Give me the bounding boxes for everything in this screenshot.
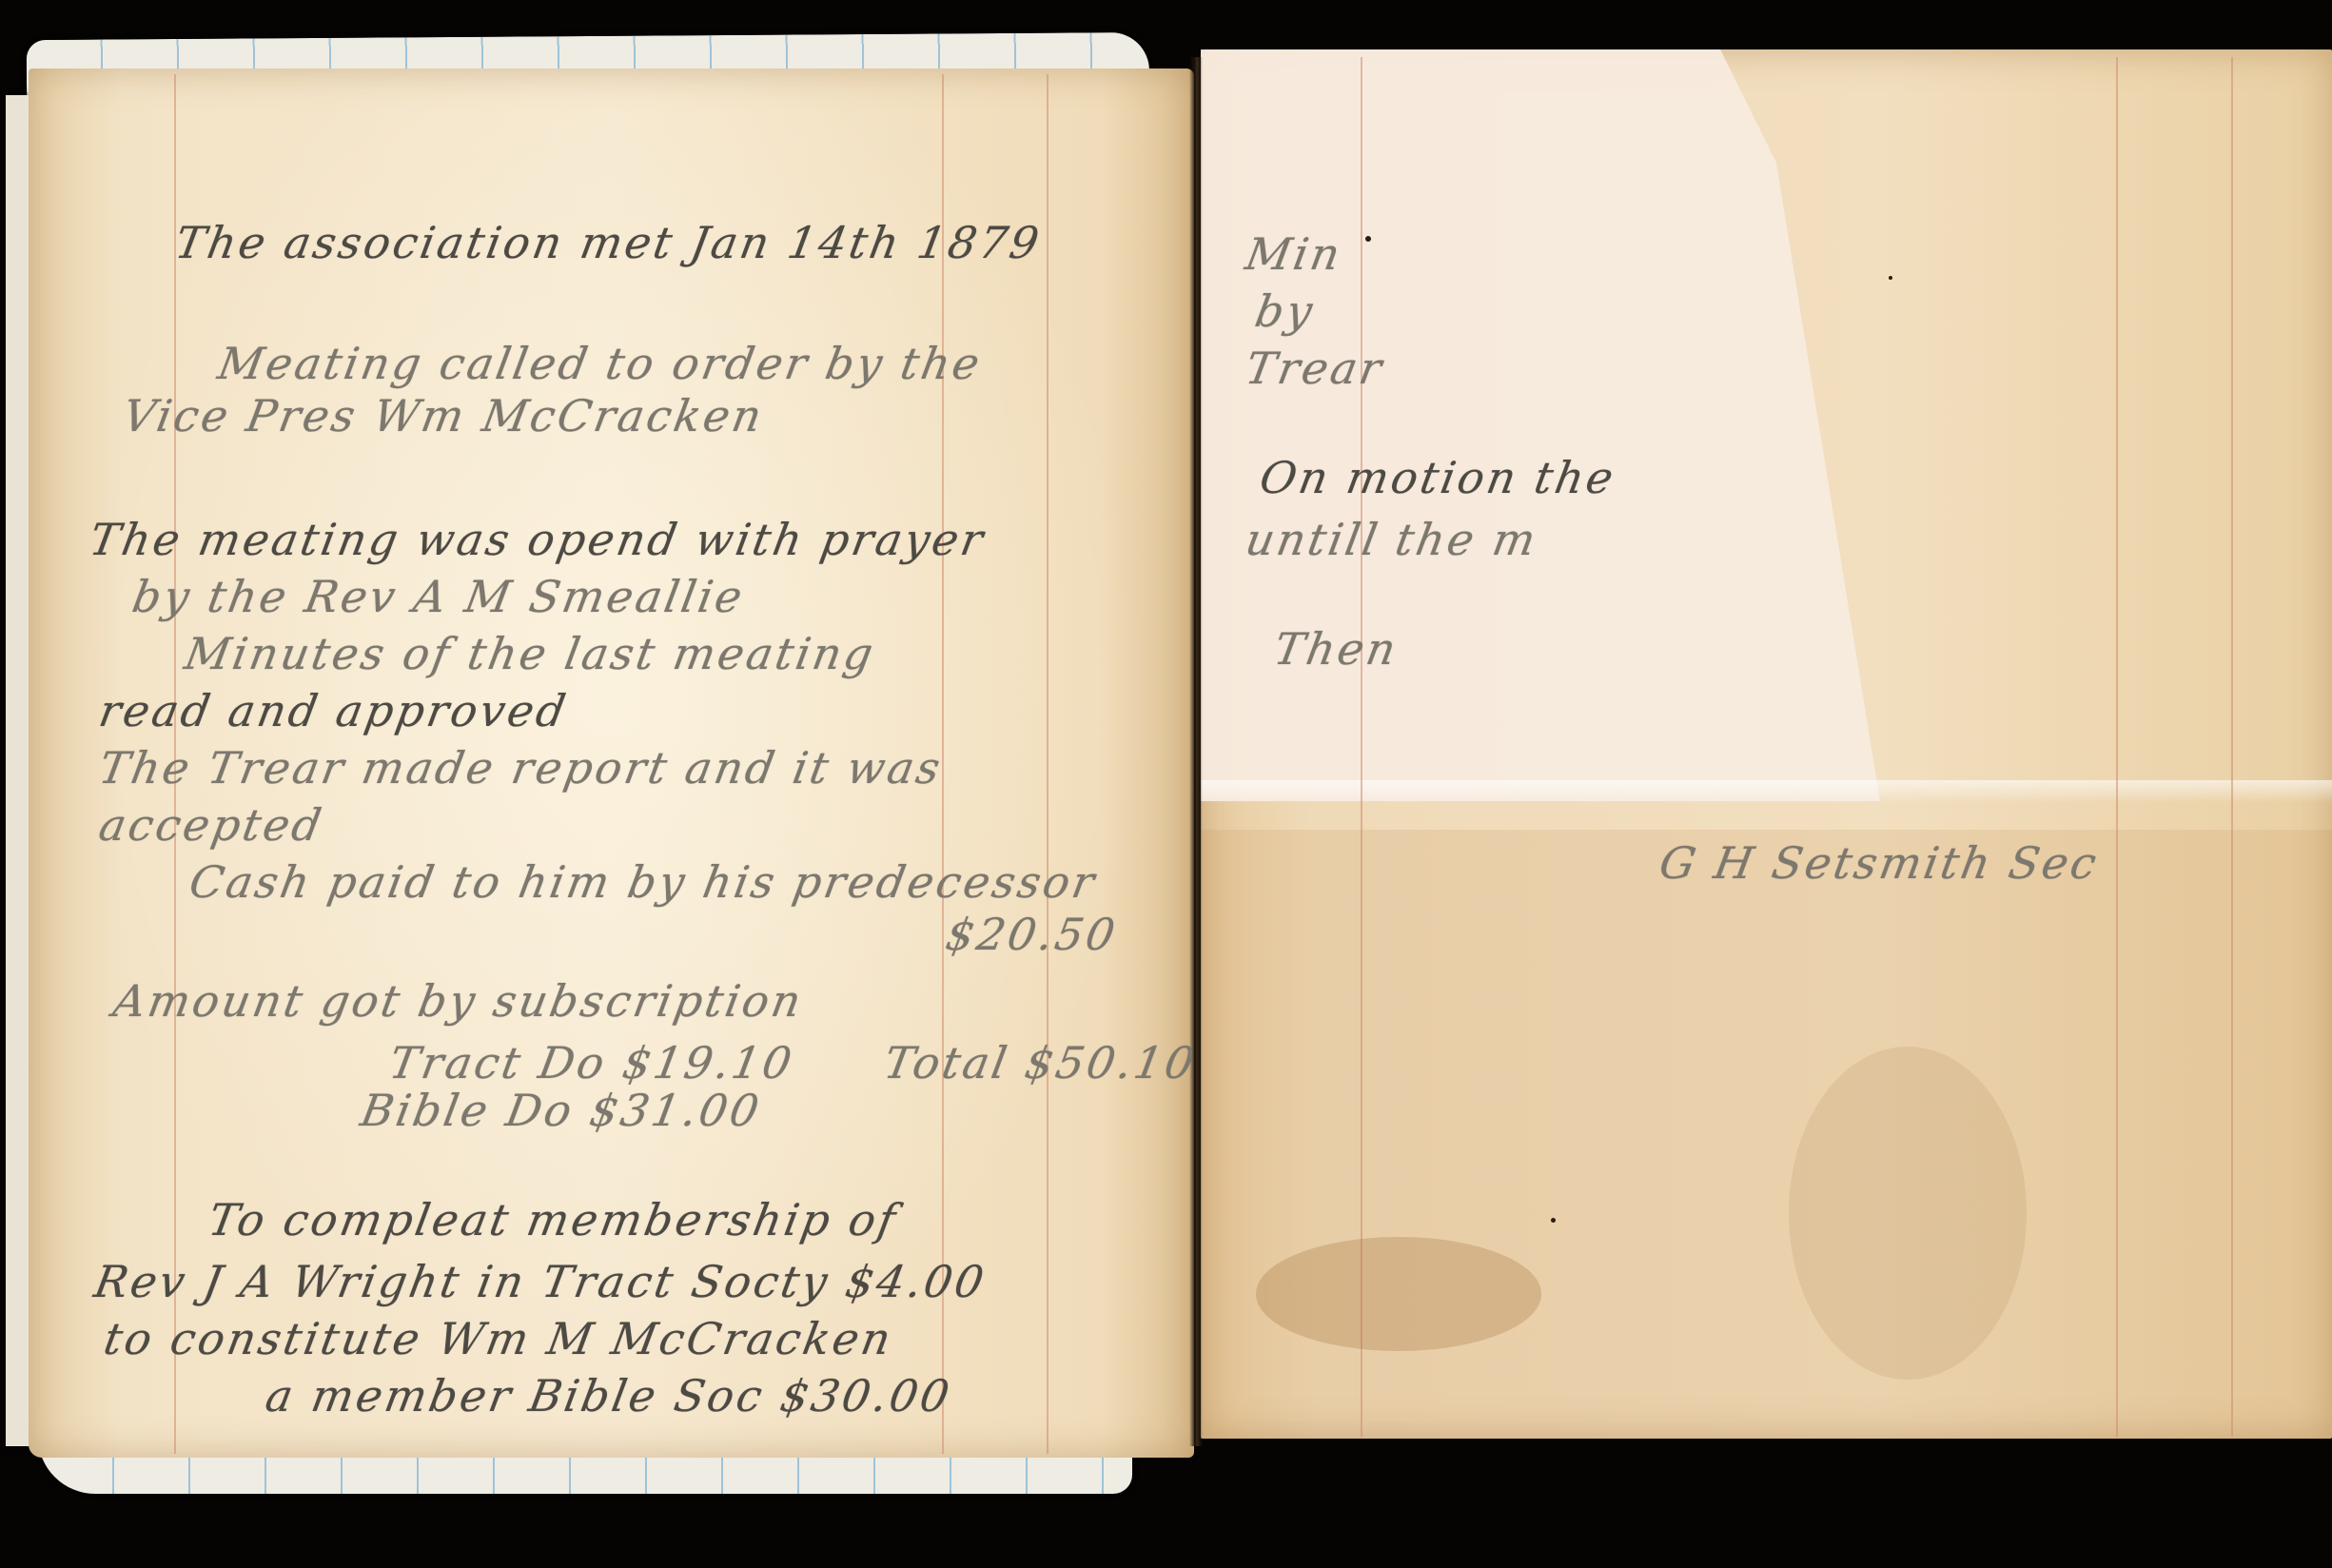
entry-line: Trear — [1242, 343, 1388, 394]
column-rule — [2116, 57, 2118, 1437]
torn-edge — [1201, 780, 2332, 803]
entry-line: read and approved — [95, 685, 572, 736]
stain — [1256, 1237, 1541, 1351]
stain — [1789, 1047, 2027, 1380]
entry-line: Rev J A Wright in Tract Socty $4.00 — [90, 1256, 990, 1307]
entry-line: To compleat membership of — [205, 1194, 902, 1245]
entry-line: The meating was opend with prayer — [86, 514, 990, 565]
column-rule — [2231, 57, 2233, 1437]
entry-line: On motion the — [1256, 452, 1619, 503]
entry-line: The Trear made report and it was — [95, 742, 947, 794]
amount-cash: $20.50 — [942, 909, 1121, 960]
entry-line: Amount got by subscription — [109, 975, 807, 1027]
book-gutter — [1189, 57, 1203, 1446]
entry-line: to constitute Wm M McCracken — [100, 1313, 897, 1364]
entry-line: a member Bible Soc $30.00 — [262, 1370, 955, 1421]
amount-bible: Bible Do $31.00 — [357, 1085, 765, 1136]
entry-line: Min — [1242, 228, 1346, 280]
amount-total: Total $50.10 — [880, 1037, 1201, 1088]
entry-line: Then — [1270, 623, 1402, 675]
column-rule — [1047, 74, 1048, 1454]
entry-line: Meating called to order by the — [214, 338, 986, 389]
entry-line: Cash paid to him by his predecessor — [186, 856, 1101, 908]
entry-line: accepted — [95, 799, 327, 851]
margin-rule — [1361, 57, 1362, 1437]
amount-tract: Tract Do $19.10 — [385, 1037, 798, 1088]
entry-line: by — [1251, 285, 1319, 337]
ink-spot — [1889, 276, 1892, 280]
secretary-signature: G H Setsmith Sec — [1656, 837, 2103, 889]
entry-line: untill the m — [1242, 514, 1542, 565]
entry-heading: The association met Jan 14th 1879 — [171, 217, 1045, 268]
entry-line: Vice Pres Wm McCracken — [119, 390, 768, 441]
entry-line: by the Rev A M Smeallie — [128, 571, 749, 622]
ink-spot — [1551, 1218, 1556, 1223]
ink-spot — [1365, 236, 1371, 242]
entry-line: Minutes of the last meating — [181, 628, 879, 679]
scanned-book-spread: The association met Jan 14th 1879 Meatin… — [0, 0, 2332, 1568]
